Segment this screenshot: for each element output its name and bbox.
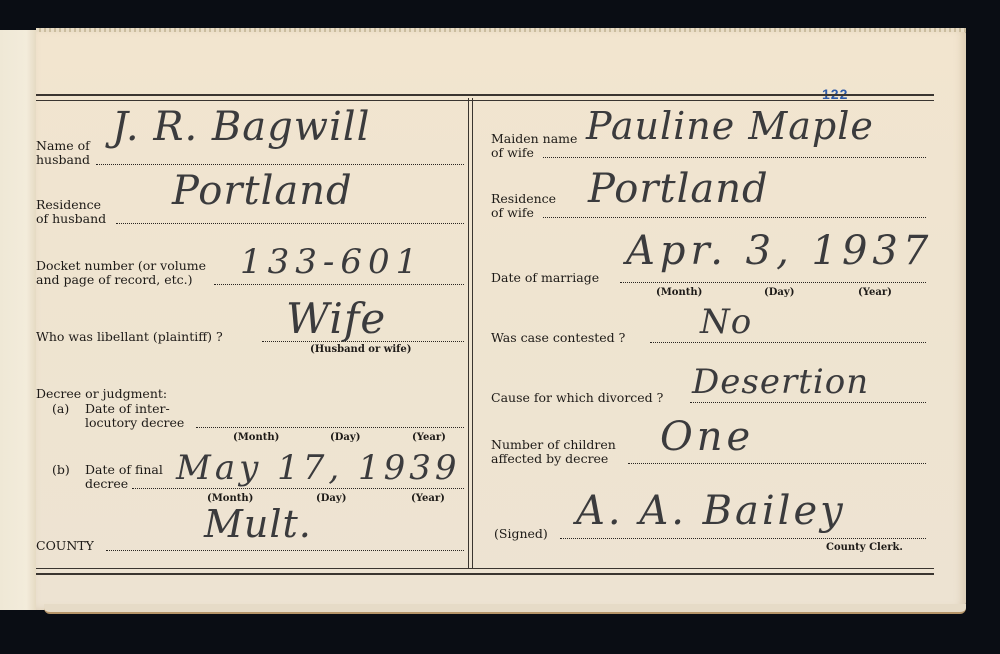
- marriage-year-hint: (Year): [858, 287, 892, 298]
- husband-name-value: J. R. Bagwill: [112, 104, 370, 150]
- cause-label: Cause for which divorced ?: [491, 391, 663, 405]
- signature-line: [560, 538, 926, 539]
- wife-maiden-label-1: Maiden name: [491, 132, 577, 146]
- husband-residence-value: Portland: [172, 168, 353, 214]
- husband-residence-label-1: Residence: [36, 198, 101, 212]
- decree-a-line: [196, 427, 464, 428]
- decree-a-month-hint: (Month): [233, 432, 279, 443]
- docket-label-2: and page of record, etc.): [36, 273, 193, 287]
- husband-name-line: [96, 164, 464, 165]
- signature-value: A. A. Bailey: [576, 488, 846, 534]
- docket-label-1: Docket number (or volume: [36, 259, 206, 273]
- libellant-value: Wife: [286, 294, 386, 343]
- decree-b-year-hint: (Year): [411, 493, 445, 504]
- contested-label: Was case contested ?: [491, 331, 625, 345]
- wife-residence-line: [543, 217, 926, 218]
- libellant-label: Who was libellant (plaintiff) ?: [36, 330, 223, 344]
- signed-label: (Signed): [494, 527, 548, 541]
- decree-a-year-hint: (Year): [412, 432, 446, 443]
- contested-line: [650, 342, 926, 343]
- children-label-1: Number of children: [491, 438, 616, 452]
- husband-residence-label-2: of husband: [36, 212, 106, 226]
- contested-value: No: [700, 302, 752, 342]
- cause-line: [690, 402, 926, 403]
- signatory-title: County Clerk.: [826, 542, 903, 553]
- children-label-2: affected by decree: [491, 452, 608, 466]
- wife-residence-label-2: of wife: [491, 206, 534, 220]
- perforated-edge: [36, 28, 966, 32]
- decree-a-label-2: locutory decree: [85, 416, 184, 430]
- previous-page-edge: [0, 30, 39, 610]
- column-divider: [468, 98, 473, 568]
- decree-b-label-1: Date of final: [85, 463, 163, 477]
- county-label: COUNTY: [36, 539, 94, 553]
- cause-value: Desertion: [692, 362, 869, 402]
- marriage-date-value: Apr. 3, 1937: [626, 228, 933, 274]
- decree-a-label-1: Date of inter-: [85, 402, 170, 416]
- marriage-date-line: [620, 282, 926, 283]
- wife-maiden-value: Pauline Maple: [586, 104, 874, 148]
- decree-b-value: May 17, 1939: [176, 448, 461, 488]
- wife-maiden-label-2: of wife: [491, 146, 534, 160]
- decree-b-day-hint: (Day): [316, 493, 346, 504]
- husband-name-label-2: husband: [36, 153, 90, 167]
- libellant-hint: (Husband or wife): [310, 344, 412, 355]
- wife-residence-label-1: Residence: [491, 192, 556, 206]
- decree-a-day-hint: (Day): [330, 432, 360, 443]
- decree-b-line: [132, 488, 464, 489]
- decree-b-marker: (b): [52, 463, 70, 477]
- wife-residence-value: Portland: [588, 166, 769, 212]
- children-line: [628, 463, 926, 464]
- children-value: One: [660, 414, 754, 460]
- page-stack-edge: [44, 604, 966, 614]
- decree-heading: Decree or judgment:: [36, 387, 167, 401]
- marriage-day-hint: (Day): [764, 287, 794, 298]
- bottom-double-rule: [36, 568, 934, 575]
- decree-a-marker: (a): [52, 402, 69, 416]
- top-double-rule: [36, 94, 934, 101]
- decree-b-label-2: decree: [85, 477, 128, 491]
- husband-residence-line: [116, 223, 464, 224]
- marriage-month-hint: (Month): [656, 287, 702, 298]
- docket-value: 133-601: [240, 242, 423, 282]
- county-value: Mult.: [204, 502, 312, 546]
- county-line: [106, 550, 464, 551]
- husband-name-label-1: Name of: [36, 139, 90, 153]
- wife-maiden-line: [543, 157, 926, 158]
- marriage-date-label: Date of marriage: [491, 271, 599, 285]
- docket-line: [214, 284, 464, 285]
